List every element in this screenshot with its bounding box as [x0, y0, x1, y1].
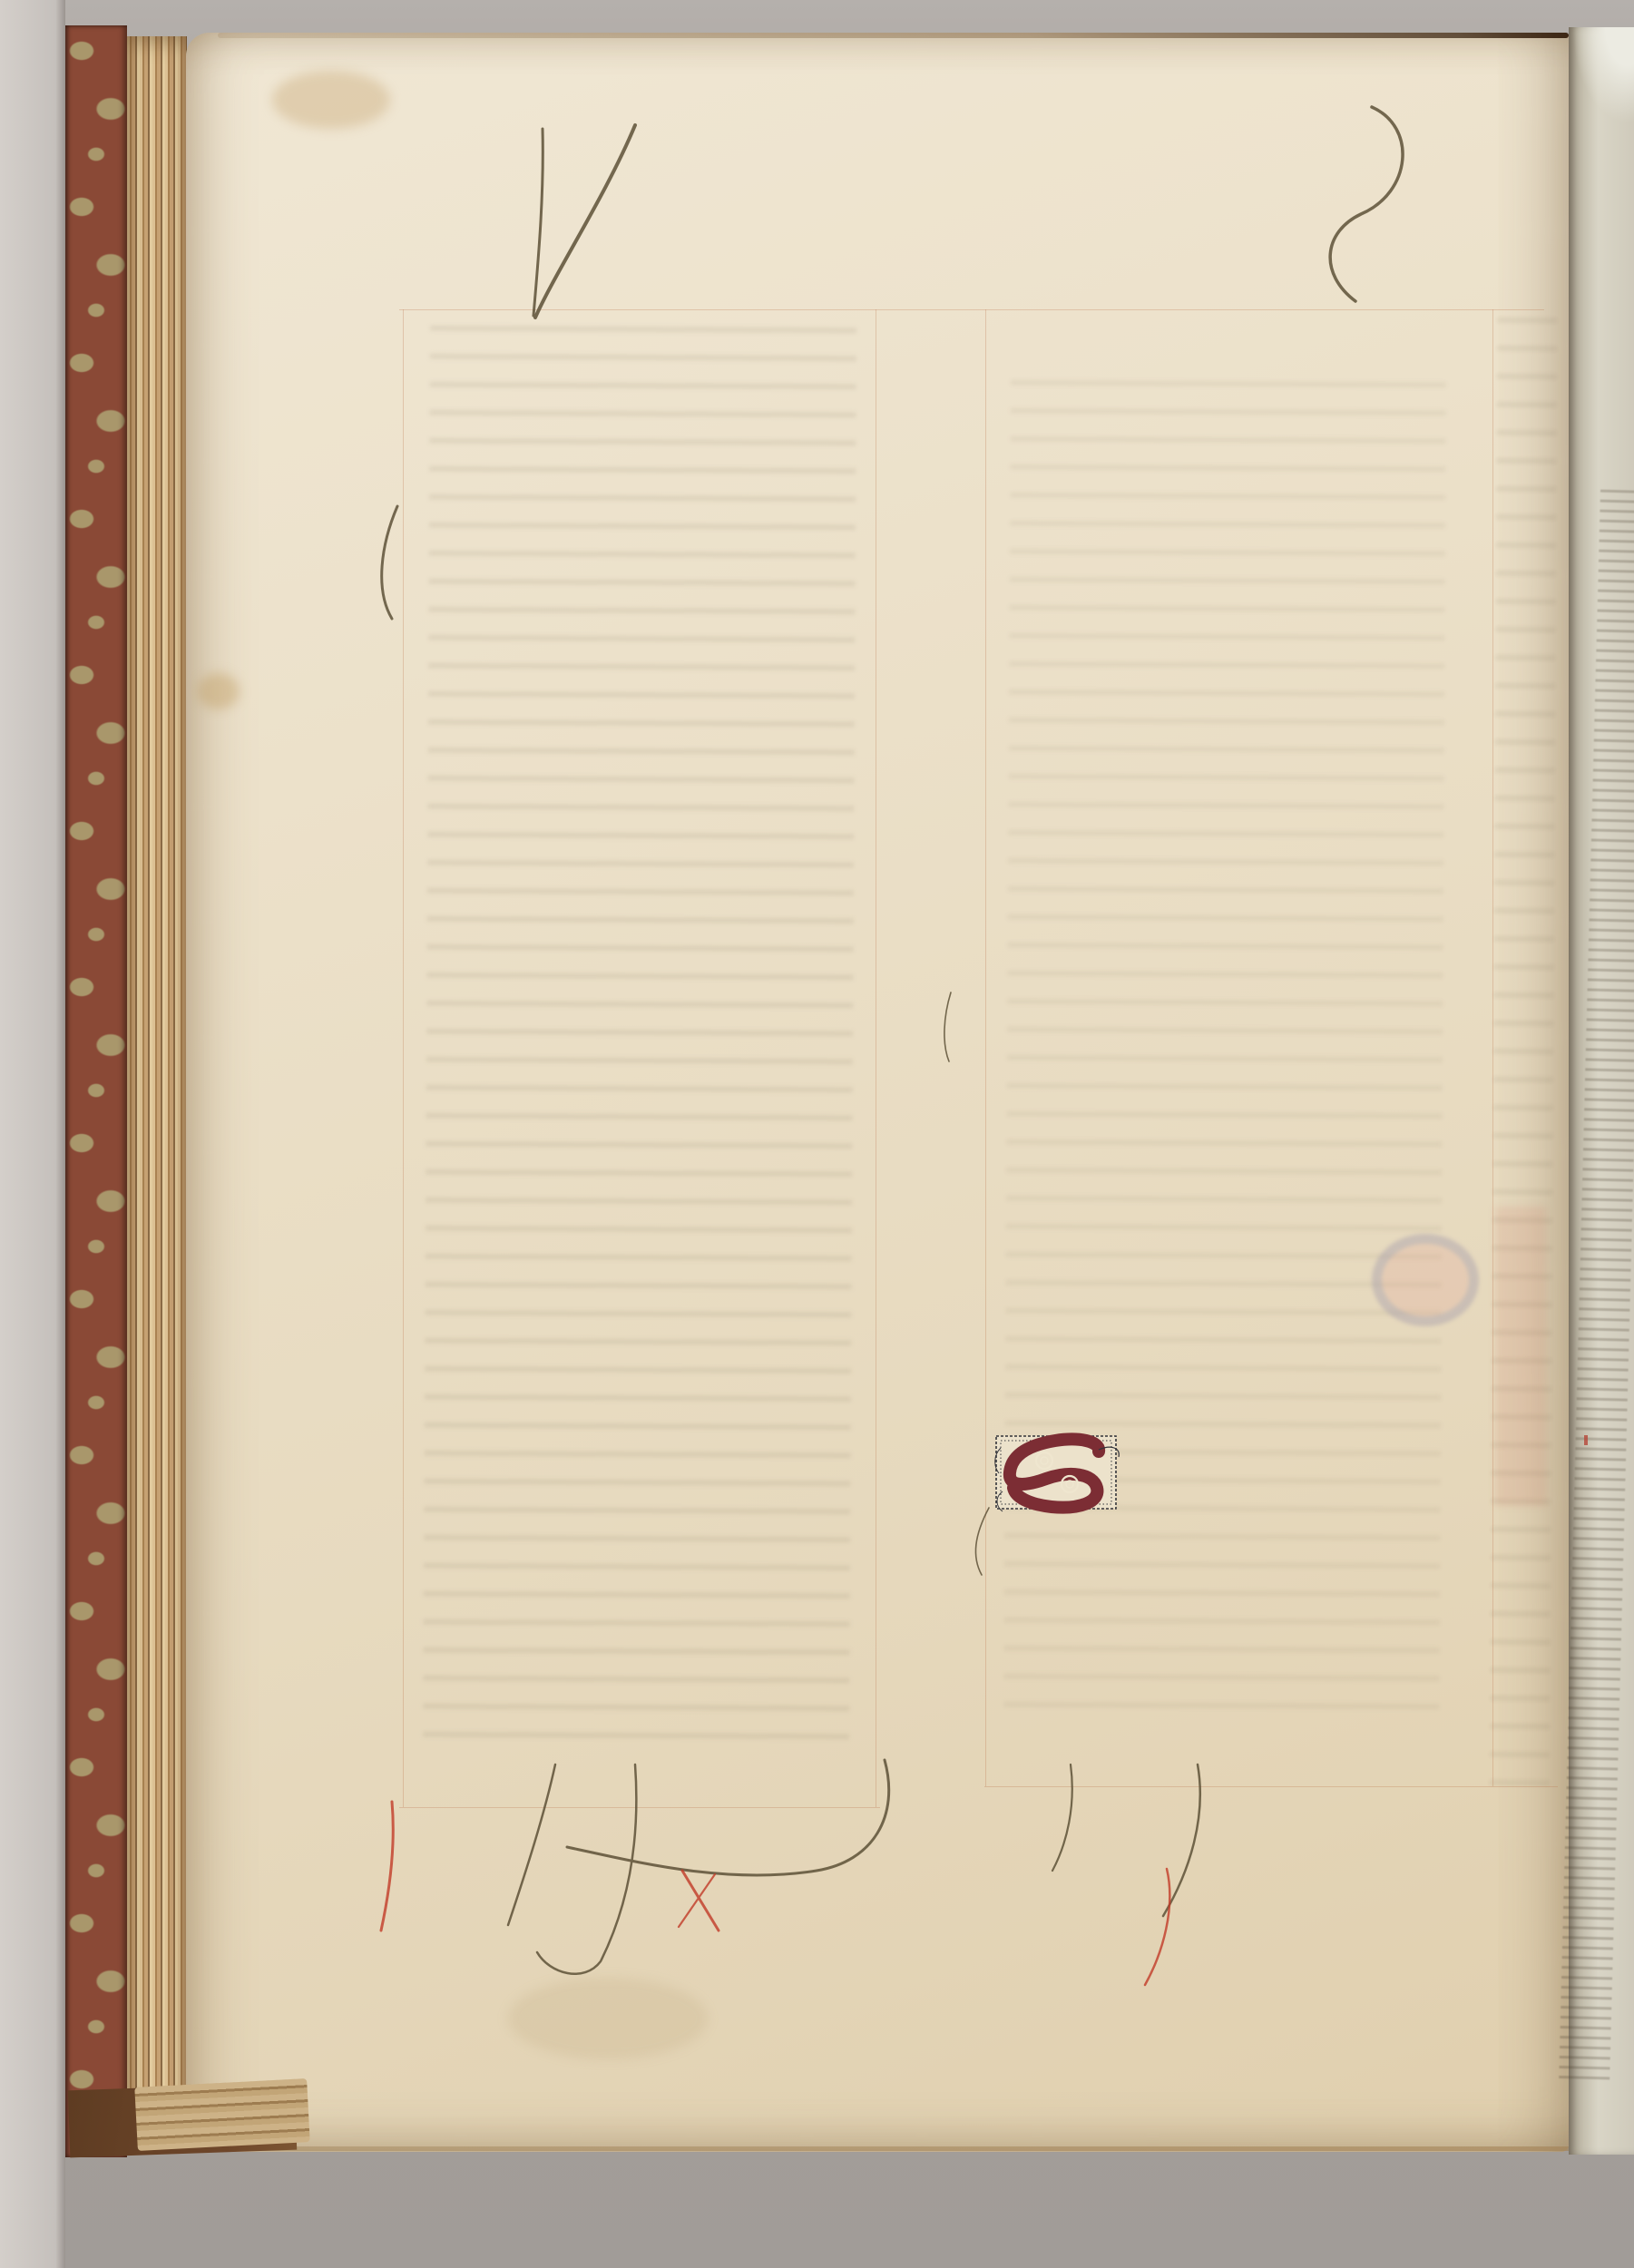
ruling-line-vertical	[1492, 309, 1493, 1786]
ruling-line-bottom-left	[399, 1807, 880, 1808]
bottom-leaf-stack	[134, 2078, 309, 2151]
verso-text-showthrough-margin	[1490, 318, 1558, 1796]
verso-text-showthrough	[423, 326, 856, 1761]
fore-edge-red-touch	[1584, 1435, 1588, 1445]
ruling-line-top	[399, 309, 1544, 310]
background-left	[0, 0, 65, 2268]
parchment-stain	[272, 71, 390, 129]
page-bottom-edge	[209, 2146, 1569, 2151]
verso-text-showthrough	[1003, 380, 1446, 1725]
ruling-line-vertical	[876, 309, 876, 1807]
ruling-line-bottom-right	[984, 1786, 1558, 1787]
parchment-stain	[508, 1978, 708, 2059]
photograph-of-manuscript: { "artifact": { "kind": "medieval manusc…	[0, 0, 1634, 2268]
ruling-line-vertical	[403, 309, 404, 1807]
fore-edge-highlight	[1569, 27, 1634, 200]
parchment-stain	[198, 673, 240, 709]
verso-rubric-showthrough	[1495, 1207, 1546, 1506]
verso-initial-showthrough-ring	[1372, 1234, 1479, 1326]
ruling-line-vertical	[985, 309, 986, 1786]
decorated-initial-S: S	[992, 1432, 1130, 1515]
book-spine-marbled-leather	[65, 25, 127, 2157]
page-top-stained-edge	[218, 33, 1569, 38]
gutter-leaf-edges	[127, 36, 187, 2150]
